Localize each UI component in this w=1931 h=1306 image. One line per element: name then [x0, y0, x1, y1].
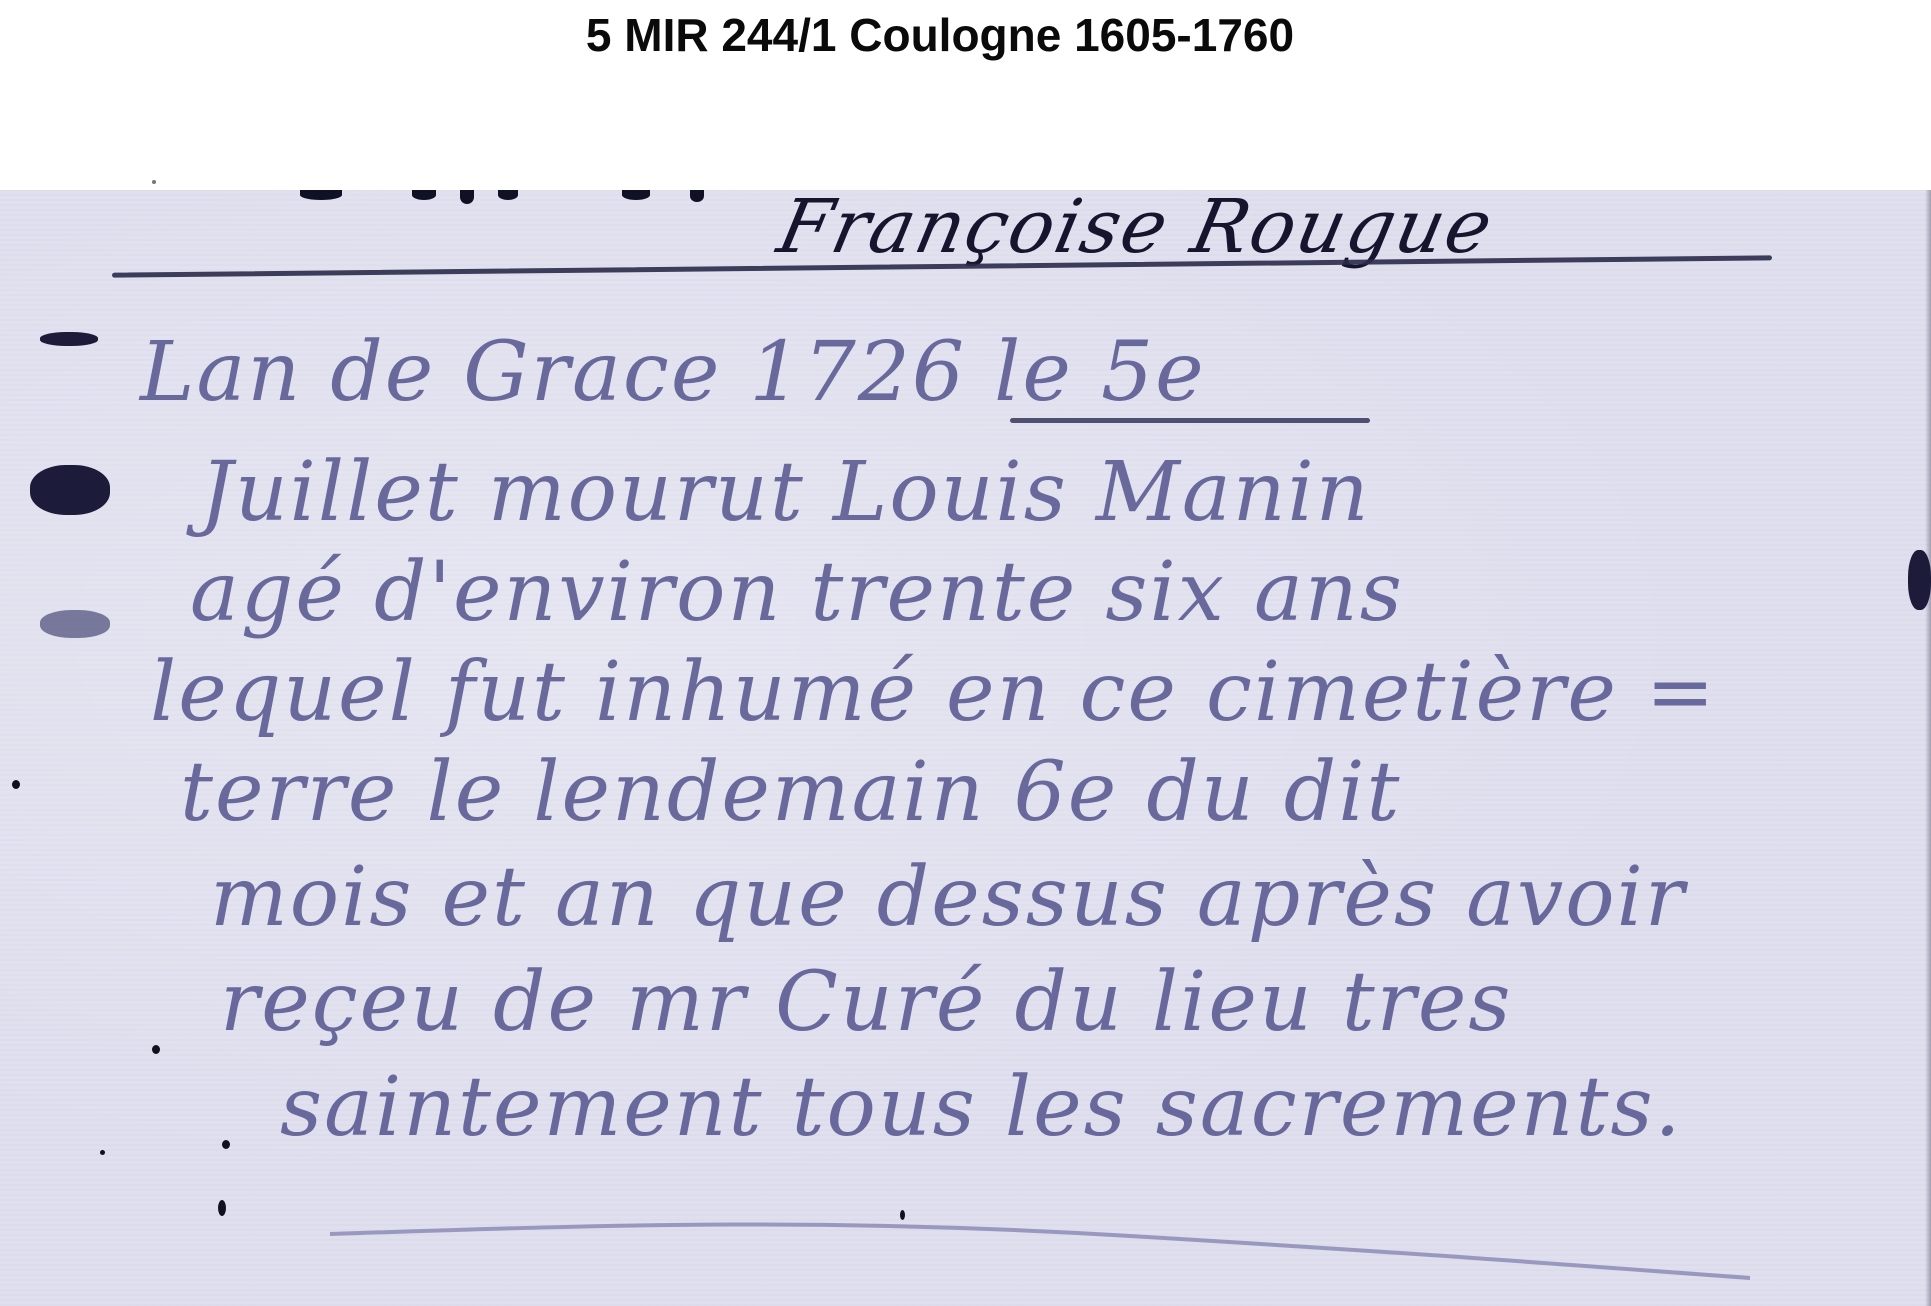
- page-title: 5 MIR 244/1 Coulogne 1605-1760: [0, 8, 1880, 62]
- record-line-8: saintement tous les sacrements.: [280, 1060, 1683, 1155]
- scanned-register-page: Françoise Rougue Lan de Grace 1726 le 5e…: [0, 190, 1931, 1306]
- ink-blot: [40, 610, 110, 638]
- end-of-entry-rule: [330, 1222, 1830, 1282]
- margin-dot: [152, 1045, 160, 1054]
- cutoff-previous-line: [300, 190, 720, 206]
- record-line-3: agé d'environ trente six ans: [190, 545, 1404, 640]
- signature-francoise-rougue: Françoise Rougue: [771, 190, 1501, 270]
- scan-speck: [152, 180, 156, 184]
- record-line-4: lequel fut inhumé en ce cimetière =: [150, 645, 1717, 740]
- margin-dot: [222, 1140, 230, 1149]
- margin-dot: [100, 1150, 105, 1155]
- record-line-2: Juillet mourut Louis Manin: [200, 445, 1371, 540]
- margin-dot: [12, 780, 20, 789]
- record-line-7: reçeu de mr Curé du lieu tres: [220, 955, 1512, 1050]
- ink-blot: [30, 465, 110, 515]
- margin-dot: [900, 1210, 905, 1220]
- ink-blot: [40, 332, 98, 346]
- ink-blot: [1908, 550, 1931, 610]
- record-line-5: terre le lendemain 6e du dit: [180, 745, 1401, 840]
- margin-dot: [218, 1200, 226, 1216]
- page-edge-shadow: [1925, 190, 1931, 1306]
- year-underline: [1010, 418, 1370, 423]
- record-line-6: mois et an que dessus après avoir: [210, 850, 1686, 945]
- record-line-1: Lan de Grace 1726 le 5e: [140, 325, 1206, 420]
- header-band: 5 MIR 244/1 Coulogne 1605-1760: [0, 0, 1931, 190]
